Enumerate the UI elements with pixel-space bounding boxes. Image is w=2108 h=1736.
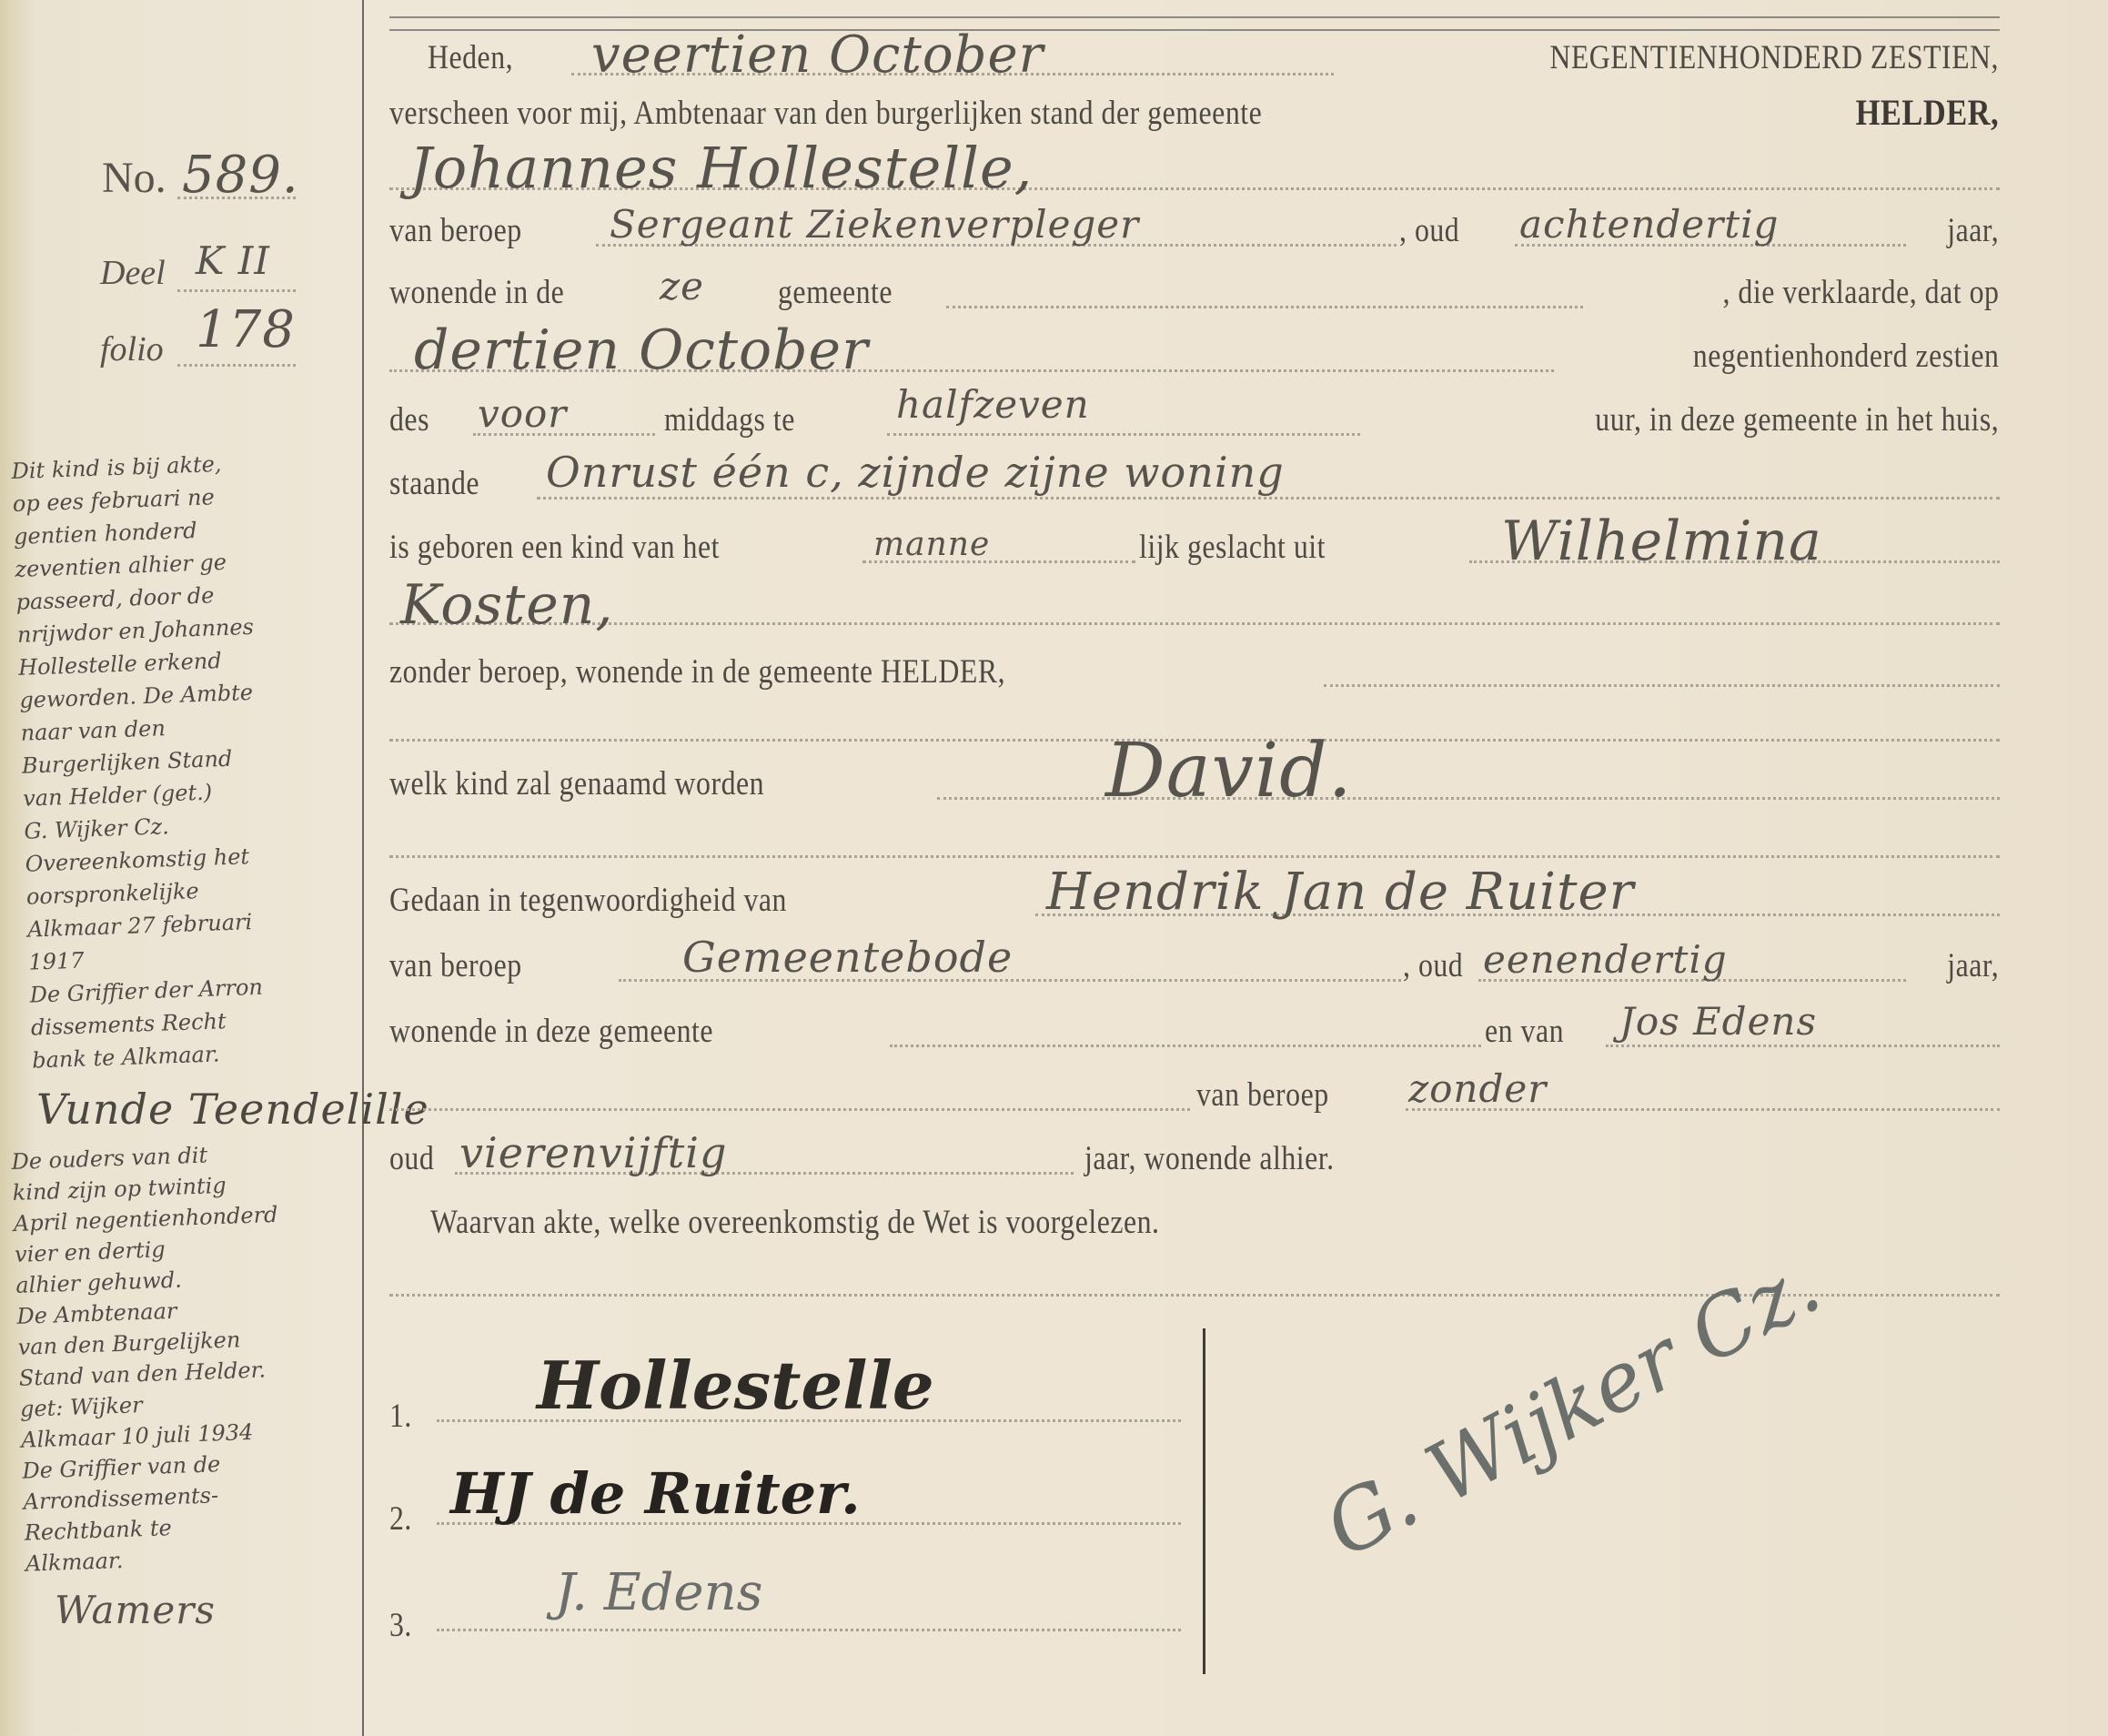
witness1-age-label: , oud bbox=[1403, 946, 1463, 985]
dotted-line bbox=[177, 364, 296, 367]
witness2-age-label: oud bbox=[389, 1139, 434, 1178]
witness2-age: vierenvijftig bbox=[459, 1128, 727, 1177]
witness-label: Gedaan in tegenwoordigheid van bbox=[389, 881, 787, 920]
age-label: , oud bbox=[1399, 211, 1459, 250]
birth-time: halfzeven bbox=[896, 382, 1090, 427]
witness1-occupation-label: van beroep bbox=[389, 946, 522, 985]
signature-number-2: 2. bbox=[389, 1499, 412, 1539]
mother-last-name: Kosten, bbox=[400, 573, 613, 637]
dotted-line bbox=[537, 497, 2000, 500]
dotted-line bbox=[946, 306, 1583, 308]
birth-year: negentienhonderd zestien bbox=[1692, 337, 1999, 376]
registration-year: NEGENTIENHONDERD ZESTIEN, bbox=[1549, 38, 1999, 77]
witness2-occupation-label: van beroep bbox=[1196, 1075, 1329, 1115]
dotted-line bbox=[1324, 684, 2000, 687]
signature-number-3: 3. bbox=[389, 1606, 412, 1645]
declarant-occupation: Sergeant Ziekenverpleger bbox=[610, 202, 1139, 247]
margin-annotation-signature: Wamers bbox=[55, 1588, 216, 1632]
dotted-line bbox=[1606, 1045, 2000, 1047]
witness1-name: Hendrik Jan de Ruiter bbox=[1046, 863, 1634, 922]
child-gender: manne bbox=[873, 526, 990, 563]
deel-value: K II bbox=[196, 238, 270, 283]
declared-label: , die verklaarde, dat op bbox=[1722, 273, 1999, 312]
signature-number-1: 1. bbox=[389, 1397, 412, 1436]
declarant-age: achtendertig bbox=[1519, 202, 1779, 247]
witness2-occupation: zonder bbox=[1408, 1066, 1547, 1111]
mother-residence: zonder beroep, wonende in de gemeente HE… bbox=[389, 652, 1005, 691]
signature-witness-2: J. Edens bbox=[555, 1563, 762, 1622]
birth-date: dertien October bbox=[414, 318, 869, 382]
witness1-years-label: jaar, bbox=[1947, 946, 1999, 985]
margin-annotation-marriage: De ouders van ditkind zijn op twintigApr… bbox=[11, 1134, 380, 1579]
gemeente-label: gemeente bbox=[778, 273, 893, 312]
witness1-age: eenendertig bbox=[1483, 937, 1728, 982]
folio-label: folio bbox=[100, 329, 164, 369]
deel-label: Deel bbox=[100, 253, 166, 293]
occupation-label: van beroep bbox=[389, 211, 522, 250]
entry-number-label: No. bbox=[102, 153, 166, 203]
staande-label: staande bbox=[389, 464, 479, 503]
child-name-label: welk kind zal genaamd worden bbox=[389, 764, 764, 803]
residence-label: wonende in de bbox=[389, 273, 564, 312]
top-rule bbox=[389, 16, 2000, 18]
signature-declarant: Hollestelle bbox=[537, 1347, 934, 1424]
birth-ampm: voor bbox=[478, 391, 567, 436]
dotted-line bbox=[177, 197, 296, 199]
dotted-line bbox=[177, 289, 296, 292]
and-of-label: en van bbox=[1485, 1012, 1564, 1051]
signature-divider bbox=[1203, 1328, 1205, 1674]
declaration-text: verscheen voor mij, Ambtenaar van den bu… bbox=[389, 94, 1262, 133]
dotted-line bbox=[389, 855, 2000, 858]
municipality: HELDER, bbox=[1855, 91, 1999, 134]
dotted-line bbox=[887, 433, 1360, 436]
years-label: jaar, bbox=[1947, 211, 1999, 250]
witness2-residence: jaar, wonende alhier. bbox=[1084, 1139, 1335, 1178]
child-name: David. bbox=[1105, 728, 1353, 814]
folio-value: 178 bbox=[196, 300, 296, 359]
signature-witness-1: HJ de Ruiter. bbox=[450, 1460, 861, 1527]
witness1-residence: wonende in deze gemeente bbox=[389, 1012, 713, 1051]
declarant-name: Johannes Hollestelle, bbox=[409, 135, 1033, 201]
dotted-line bbox=[937, 797, 2000, 800]
margin-annotation-heading: Vunde Teendelille bbox=[36, 1085, 429, 1134]
dotted-line bbox=[389, 622, 2000, 625]
born-label: is geboren een kind van het bbox=[389, 528, 720, 567]
witness1-occupation: Gemeentebode bbox=[682, 933, 1013, 982]
dotted-line bbox=[389, 1108, 1190, 1111]
residence-fill: ze bbox=[660, 264, 704, 308]
witness2-name: Jos Edens bbox=[1619, 999, 1817, 1044]
dotted-line bbox=[437, 1629, 1181, 1631]
middags-label: middags te bbox=[664, 400, 795, 439]
geslacht-label: lijk geslacht uit bbox=[1139, 528, 1326, 567]
house-label: uur, in deze gemeente in het huis, bbox=[1595, 400, 1999, 439]
mother-first-name: Wilhelmina bbox=[1501, 510, 1822, 573]
birth-address: Onrust één c, zijnde zijne woning bbox=[546, 448, 1285, 497]
closing-statement: Waarvan akte, welke overeenkomstig de We… bbox=[430, 1203, 1160, 1242]
heden-label: Heden, bbox=[428, 38, 513, 77]
des-label: des bbox=[389, 400, 429, 439]
margin-annotation-recognition: Dit kind is bij akte,op ees februari neg… bbox=[11, 442, 388, 1076]
registration-date: veertien October bbox=[591, 25, 1044, 85]
dotted-line bbox=[890, 1045, 1481, 1047]
